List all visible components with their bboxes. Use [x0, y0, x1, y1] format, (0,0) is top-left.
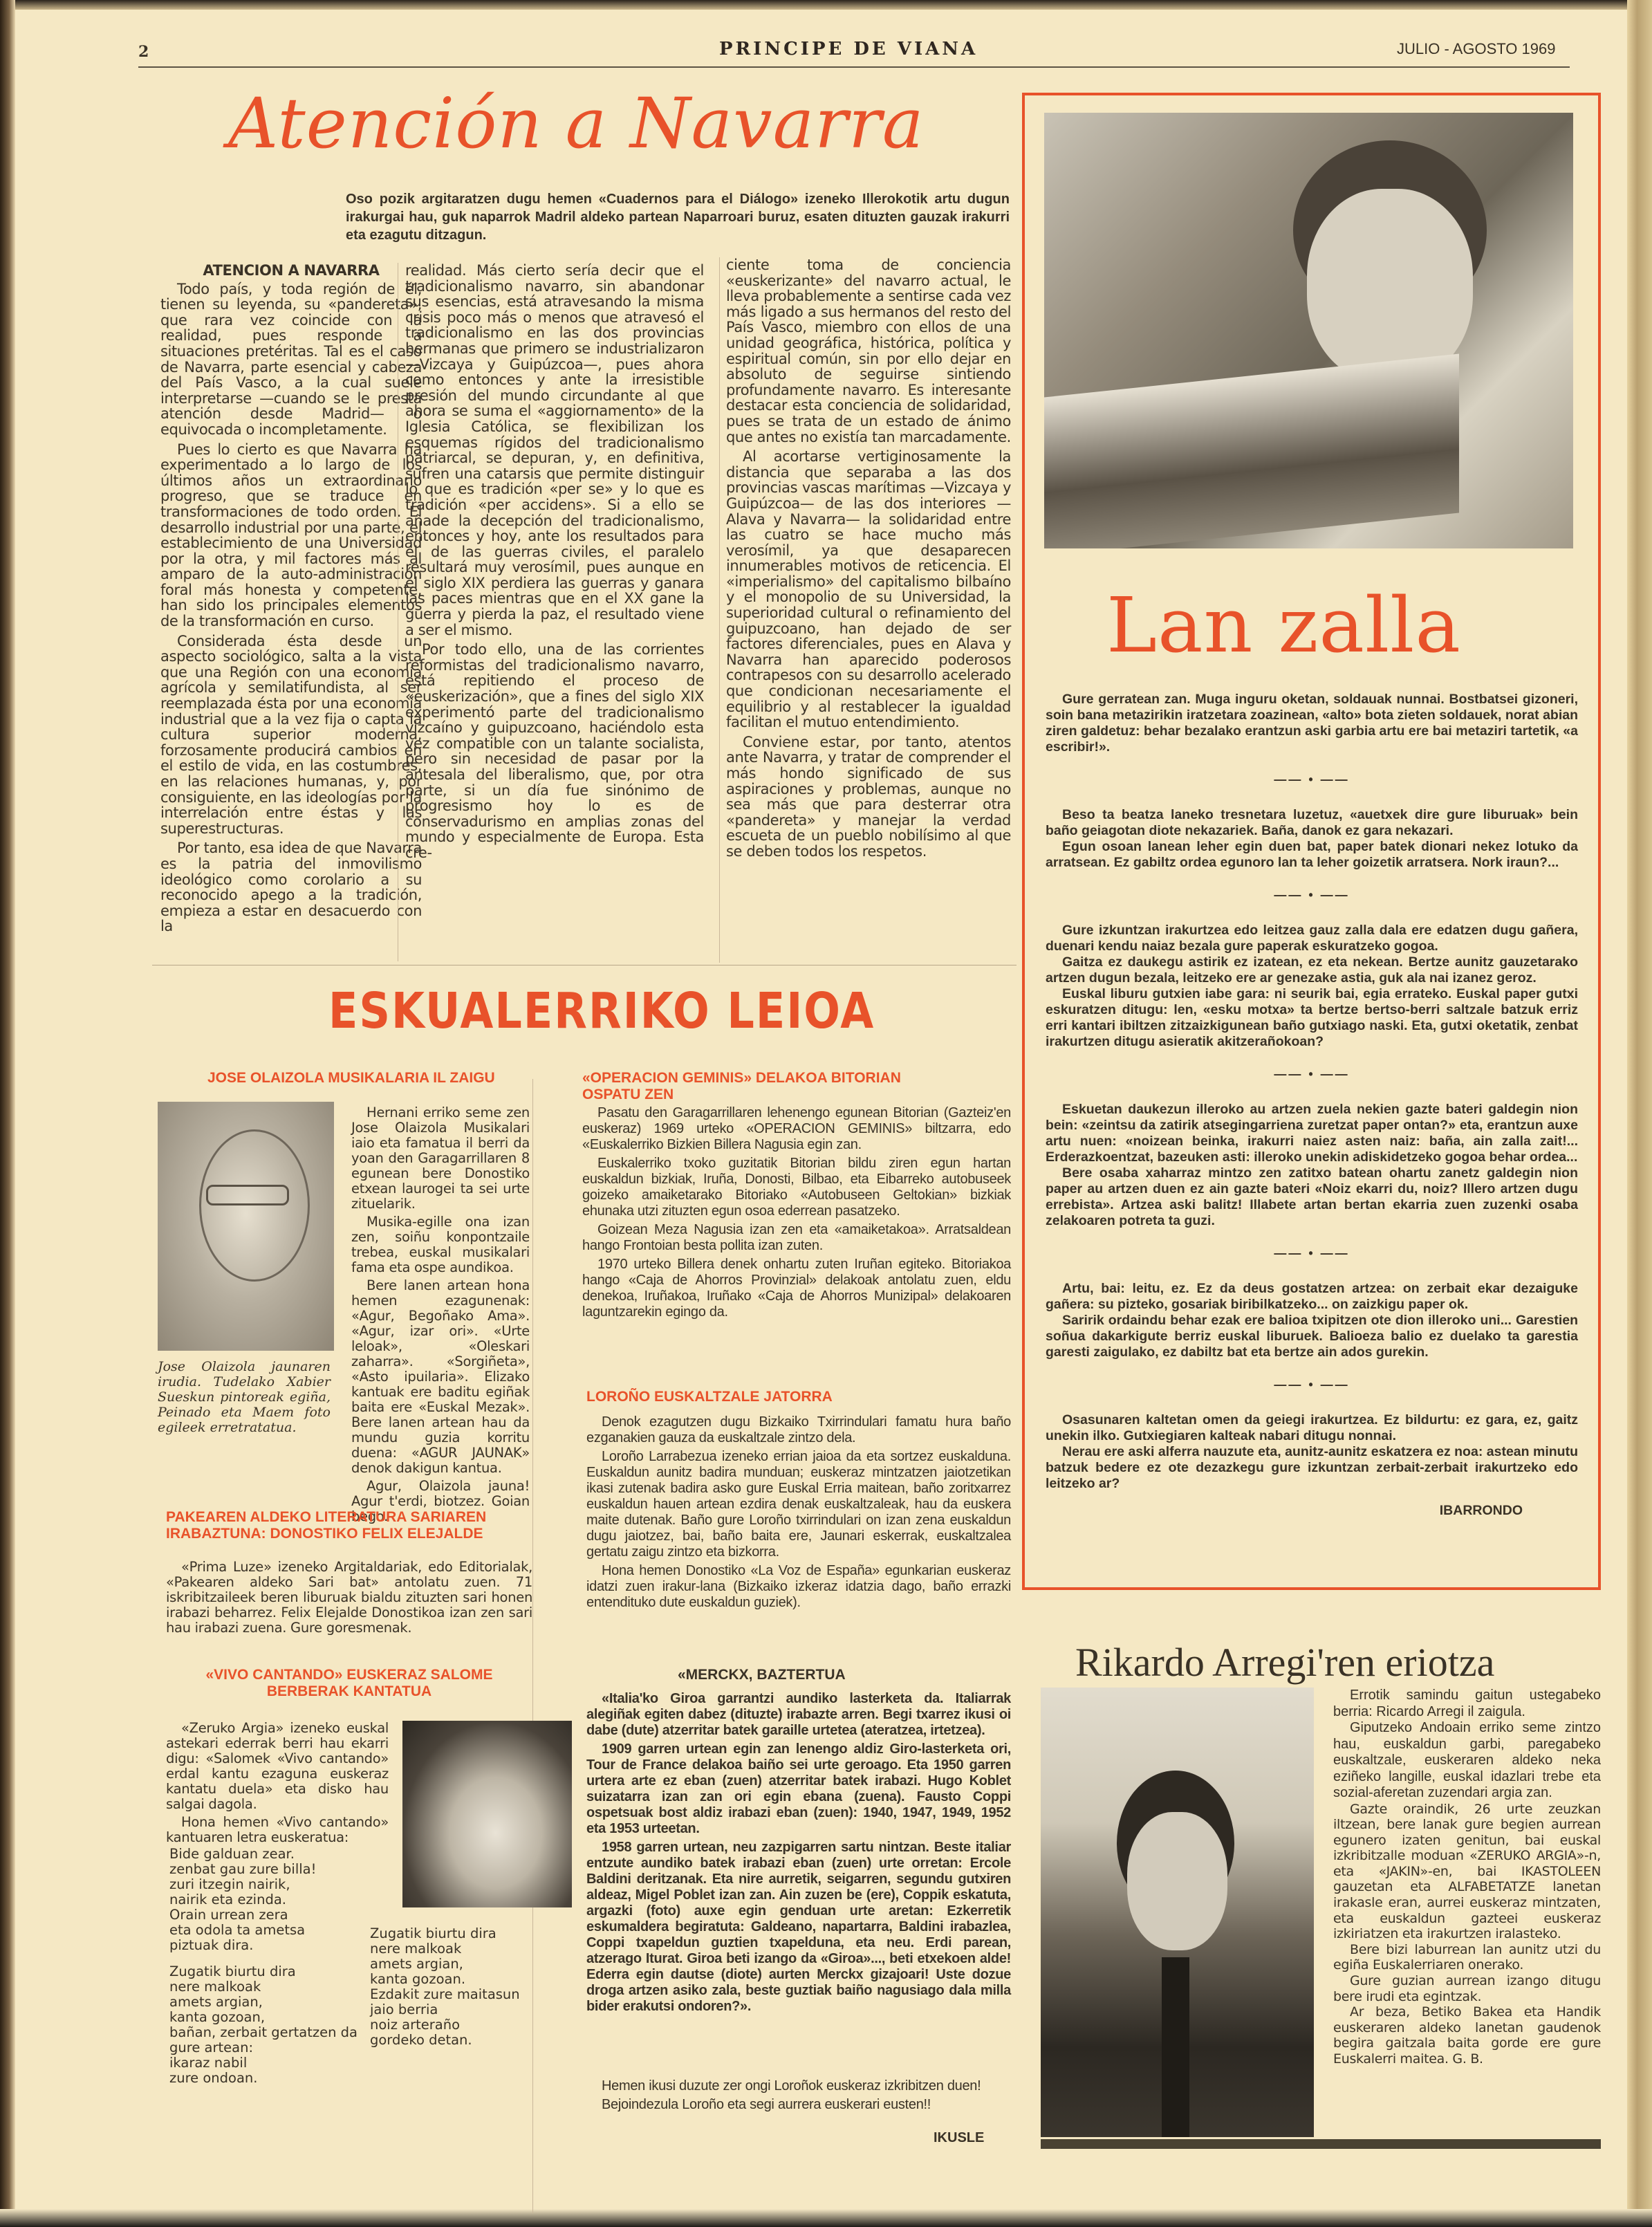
paragraph: Al acortarse vertiginosamente la distanc…: [726, 449, 1011, 730]
section-rule: [152, 965, 1017, 965]
separator: —— • ——: [1046, 887, 1578, 903]
binding-spine: [0, 0, 15, 2227]
article-column-1: ATENCION A NAVARRA Todo país, y toda reg…: [160, 263, 422, 939]
vivo-cantando-text: «Zeruko Argia» izeneko euskal astekari e…: [166, 1721, 389, 1848]
column-divider: [532, 1079, 533, 2213]
paragraph: «Italia'ko Giroa garrantzi aundiko laste…: [586, 1691, 1011, 1739]
article-intro: Oso pozik argitaratzen dugu hemen «Cuade…: [346, 190, 1010, 244]
paragraph: «Zeruko Argia» izeneko euskal astekari e…: [166, 1721, 389, 1812]
paragraph: Gure guzian aurrean izango ditugu bere i…: [1333, 1973, 1601, 2004]
arregi-title: Rikardo Arregi'ren eriotza: [1075, 1639, 1494, 1685]
header-rule: [138, 66, 1570, 68]
page-number: 2: [138, 43, 149, 61]
paragraph: Nerau ere aski alferra nauzute eta, auni…: [1046, 1444, 1578, 1492]
merckx-text: «Italia'ko Giroa garrantzi aundiko laste…: [586, 1691, 1011, 2017]
page-right-edge: [1627, 0, 1652, 2227]
issue-date: JULIO - AGOSTO 1969: [1397, 40, 1555, 58]
merckx-closing: Hemen ikusi duzute zer ongi Loroñok eusk…: [586, 2078, 1011, 2116]
paragraph: Bere lanen artean hona hemen ezagunenak:…: [351, 1278, 530, 1476]
paragraph: Por tanto, esa idea de que Navarra es la…: [160, 840, 422, 934]
column-divider: [719, 257, 720, 963]
article-column-2: realidad. Más cierto sería decir que el …: [405, 263, 704, 865]
paragraph: Errotik samindu gaitun ustegabeko berria…: [1333, 1688, 1601, 1720]
paragraph: Euskalerriko txoko guzitatik Bitorian bi…: [582, 1156, 1011, 1219]
paragraph: Bere osaba xaharraz mintzo zen zatitxo b…: [1046, 1165, 1578, 1229]
author-signature: IKUSLE: [934, 2130, 984, 2146]
olaizola-heading: JOSE OLAIZOLA MUSIKALARIA IL ZAIGU: [207, 1070, 495, 1087]
section-title-eskualerriko: ESKUALERRIKO LEIOA: [328, 982, 875, 1040]
paragraph: Hemen ikusi duzute zer ongi Loroñok eusk…: [586, 2078, 1011, 2094]
paragraph: Todo país, y toda región de él, tienen s…: [160, 281, 422, 438]
lorono-text: Denok ezagutzen dugu Bizkaiko Txirrindul…: [586, 1414, 1011, 1614]
separator: —— • ——: [1046, 1066, 1578, 1082]
merckx-heading: «MERCKX, BAZTERTUA: [678, 1667, 846, 1683]
boy-reading-photo: [1044, 113, 1573, 548]
paragraph: Gazte oraindik, 26 urte zeuzkan iltzean,…: [1333, 1802, 1601, 1942]
poem-verse-1: Bide galduan zear. zenbat gau zure billa…: [169, 1847, 316, 1953]
page-top-edge: [0, 0, 1652, 10]
paragraph: Giputzeko Andoain erriko seme zintzo hau…: [1333, 1720, 1601, 1802]
paragraph: Loroño Larrabezua izeneko errian jaioa d…: [586, 1449, 1011, 1560]
paragraph: Ar beza, Betiko Bakea eta Handik euskera…: [1333, 2004, 1601, 2067]
geminis-text: Pasatu den Garagarrillaren lehenengo egu…: [582, 1105, 1011, 1323]
paragraph: realidad. Más cierto sería decir que el …: [405, 263, 704, 638]
paragraph: Hona hemen Donostiko «La Voz de España» …: [586, 1563, 1011, 1611]
poem-verse-2: Zugatik biurtu dira nere malkoak amets a…: [169, 1964, 358, 2086]
paragraph: Osasunaren kaltetan omen da geiegi iraku…: [1046, 1412, 1578, 1444]
paragraph: Goizean Meza Nagusia izan zen eta «amaik…: [582, 1222, 1011, 1254]
paragraph: Saririk ordaindu behar ezak ere balioa t…: [1046, 1313, 1578, 1360]
paragraph: Musika-egille ona izan zen, soiñu konpon…: [351, 1214, 530, 1275]
article-title: Atención a Navarra: [228, 83, 924, 164]
paragraph: Gure izkuntzan irakurtzea edo leitzea ga…: [1046, 923, 1578, 954]
paragraph: Eskuetan daukezun illeroko au artzen zue…: [1046, 1102, 1578, 1165]
paragraph: Hernani erriko seme zen Jose Olaizola Mu…: [351, 1105, 530, 1212]
lorono-heading: LOROÑO EUSKALTZALE JATORRA: [586, 1389, 833, 1405]
separator: —— • ——: [1046, 1377, 1578, 1393]
column-divider: [398, 263, 398, 961]
paragraph: 1970 urteko Billera denek onhartu zuten …: [582, 1257, 1011, 1320]
paragraph: Bejoindezula Loroño eta segi aurrera eus…: [586, 2097, 1011, 2113]
paragraph: 1958 garren urtean, neu zazpigarren sart…: [586, 1840, 1011, 2015]
paragraph: Considerada ésta desde un aspecto sociol…: [160, 634, 422, 837]
paragraph: Pasatu den Garagarrillaren lehenengo egu…: [582, 1105, 1011, 1153]
pakearen-heading: PAKEAREN ALDEKO LITERATURA SARIAREN IRAB…: [166, 1509, 532, 1542]
paragraph: Artu, bai: leitu, ez. Ez da deus gostatz…: [1046, 1281, 1578, 1313]
paragraph: Beso ta beatza laneko tresnetara luzetuz…: [1046, 807, 1578, 839]
author-signature: IBARRONDO: [1046, 1503, 1578, 1519]
paragraph: 1909 garren urtean egin zan lenengo aldi…: [586, 1741, 1011, 1837]
vivo-cantando-heading: «VIVO CANTANDO» EUSKERAZ SALOME BERBERAK…: [166, 1667, 532, 1700]
lan-zalla-body: Gure gerratean zan. Muga inguru oketan, …: [1046, 692, 1578, 1519]
pakearen-text: «Prima Luze» izeneko Argitaldariak, edo …: [166, 1560, 532, 1638]
geminis-heading: «OPERACION GEMINIS» DELAKOA BITORIAN OSP…: [582, 1070, 963, 1103]
masthead: PRINCIPE DE VIANA: [719, 39, 978, 59]
paragraph: «Prima Luze» izeneko Argitaldariak, edo …: [166, 1560, 532, 1636]
arregi-portrait-photo: [1041, 1688, 1314, 2137]
separator: —— • ——: [1046, 1246, 1578, 1262]
arregi-text: Errotik samindu gaitun ustegabeko berria…: [1333, 1688, 1601, 2067]
salome-photo: [402, 1721, 572, 1907]
paragraph: ciente toma de conciencia «euskerizante»…: [726, 257, 1011, 445]
paragraph: Conviene estar, por tanto, atentos ante …: [726, 734, 1011, 860]
article-heading: ATENCION A NAVARRA: [160, 263, 422, 279]
page-bottom-edge: [0, 2209, 1652, 2227]
article-column-3: ciente toma de conciencia «euskerizante»…: [726, 257, 1011, 864]
bottom-rule: [1041, 2139, 1601, 2149]
paragraph: Pues lo cierto es que Navarra ha experim…: [160, 442, 422, 629]
paragraph: Hona hemen «Vivo cantando» kantuaren let…: [166, 1815, 389, 1845]
lan-zalla-title: Lan zalla: [1106, 581, 1461, 669]
olaizola-text: Hernani erriko seme zen Jose Olaizola Mu…: [351, 1105, 530, 1527]
separator: —— • ——: [1046, 772, 1578, 788]
paragraph: Gure gerratean zan. Muga inguru oketan, …: [1046, 692, 1578, 755]
olaizola-caption: Jose Olaizola jaunaren irudia. Tudelako …: [158, 1359, 331, 1435]
paragraph: Euskal liburu gutxien iabe gara: ni seur…: [1046, 986, 1578, 1050]
poem-verse-3: Zugatik biurtu dira nere malkoak amets a…: [370, 1926, 520, 2048]
paragraph: Por todo ello, una de las corrientes ref…: [405, 642, 704, 860]
paragraph: Denok ezagutzen dugu Bizkaiko Txirrindul…: [586, 1414, 1011, 1446]
paragraph: Egun osoan lanean leher egin duen bat, p…: [1046, 839, 1578, 871]
paragraph: Bere bizi laburrean lan aunitz utzi du e…: [1333, 1942, 1601, 1973]
olaizola-portrait-sketch: [158, 1102, 334, 1351]
paragraph: Gaitza ez daukegu astirik ez izatean, ez…: [1046, 954, 1578, 986]
